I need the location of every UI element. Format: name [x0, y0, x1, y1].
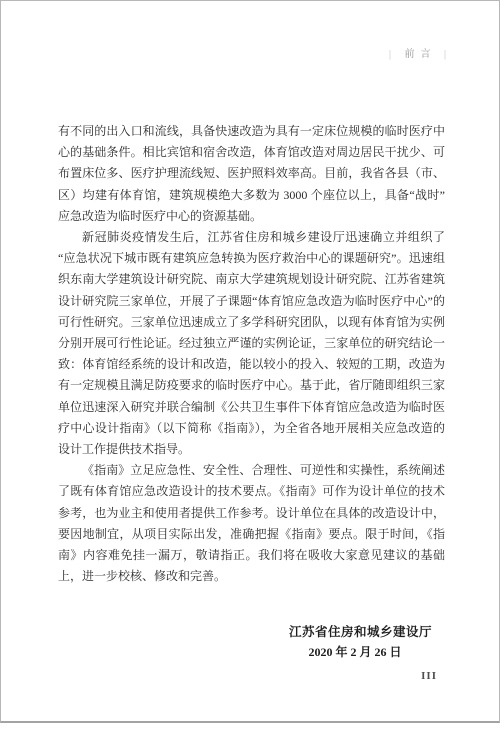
signature-organization: 江苏省住房和城乡建设厅	[289, 622, 421, 642]
page-number: III	[421, 670, 437, 682]
header-left-bar: |	[388, 49, 392, 60]
preface-body: 有不同的出入口和流线，具备快速改造为具有一定床位规模的临时医疗中心的基础条件。相…	[58, 121, 445, 587]
header-section-label: 前言	[404, 49, 436, 60]
header-right-bar: |	[443, 49, 447, 60]
running-head: | 前言 |	[388, 48, 447, 62]
paragraph: 《指南》立足应急性、安全性、合理性、可逆性和实操性，系统阐述了既有体育馆应急改造…	[58, 460, 445, 587]
paragraph: 新冠肺炎疫情发生后，江苏省住房和城乡建设厅迅速确立并组织了“应急状况下城市既有建…	[58, 227, 445, 460]
signature-date: 2020 年 2 月 26 日	[289, 642, 421, 662]
document-page: | 前言 | 有不同的出入口和流线，具备快速改造为具有一定床位规模的临时医疗中心…	[0, 0, 500, 723]
signature-block: 江苏省住房和城乡建设厅 2020 年 2 月 26 日	[289, 622, 421, 662]
paragraph-continuation: 有不同的出入口和流线，具备快速改造为具有一定床位规模的临时医疗中心的基础条件。相…	[58, 121, 445, 227]
